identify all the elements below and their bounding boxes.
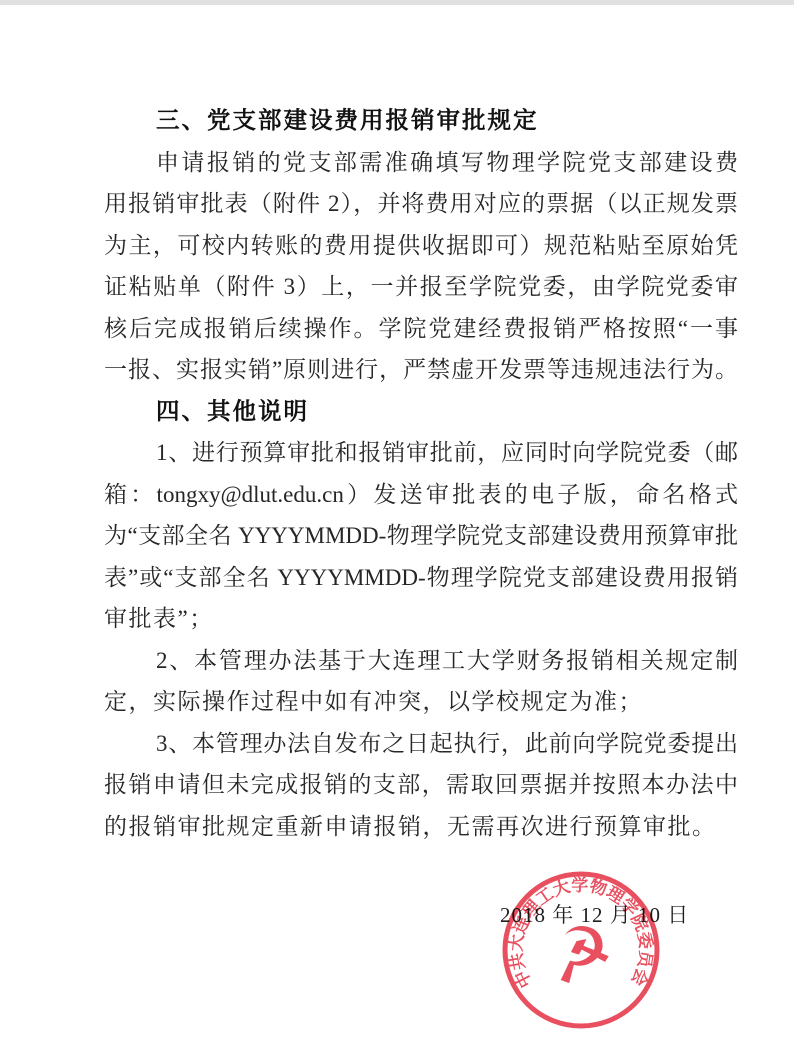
hammer-sickle-icon: ☭: [539, 905, 623, 1003]
paragraph-line: 证粘贴单（附件 3）上，一并报至学院党委，由学院党委审: [104, 266, 738, 308]
paragraph-line: 审批表”；: [104, 598, 738, 640]
paragraph-line: 箱：tongxy@dlut.edu.cn）发送审批表的电子版，命名格式: [104, 474, 738, 516]
paragraph-line: 为主，可校内转账的费用提供收据即可）规范粘贴至原始凭: [104, 225, 738, 267]
official-seal: 中共大连理工大学物理学院委员会 ☭: [497, 866, 665, 1034]
paragraph-line: 报销申请但未完成报销的支部，需取回票据并按照本办法中: [104, 764, 738, 806]
paragraph-line: 的报销审批规定重新申请报销，无需再次进行预算审批。: [104, 806, 738, 848]
paragraph-line: 表”或“支部全名 YYYYMMDD-物理学院党支部建设费用报销: [104, 557, 738, 599]
paragraph-line: 定，实际操作过程中如有冲突，以学校规定为准；: [104, 681, 738, 723]
paragraph-line: 一报、实报实销”原则进行，严禁虚开发票等违规违法行为。: [104, 349, 738, 391]
scan-edge-bar: [0, 0, 794, 5]
paragraph-line: 为“支部全名 YYYYMMDD-物理学院党支部建设费用预算审批: [104, 515, 738, 557]
section-heading-4: 四、其他说明: [104, 391, 738, 433]
document-body: 三、党支部建设费用报销审批规定 申请报销的党支部需准确填写物理学院党支部建设费 …: [104, 100, 738, 847]
paragraph-line: 2、本管理办法基于大连理工大学财务报销相关规定制: [104, 640, 738, 682]
paragraph-line: 核后完成报销后续操作。学院党建经费报销严格按照“一事: [104, 308, 738, 350]
seal-graphic: 中共大连理工大学物理学院委员会 ☭: [497, 866, 665, 1034]
paragraph-line: 申请报销的党支部需准确填写物理学院党支部建设费: [104, 142, 738, 184]
section-heading-3: 三、党支部建设费用报销审批规定: [104, 100, 738, 142]
paragraph-line: 用报销审批表（附件 2），并将费用对应的票据（以正规发票: [104, 183, 738, 225]
paragraph-line: 1、进行预算审批和报销审批前，应同时向学院党委（邮: [104, 432, 738, 474]
scanned-document-page: { "page": { "background": "#ffffff", "to…: [0, 0, 794, 1048]
paragraph-line: 3、本管理办法自发布之日起执行，此前向学院党委提出: [104, 723, 738, 765]
